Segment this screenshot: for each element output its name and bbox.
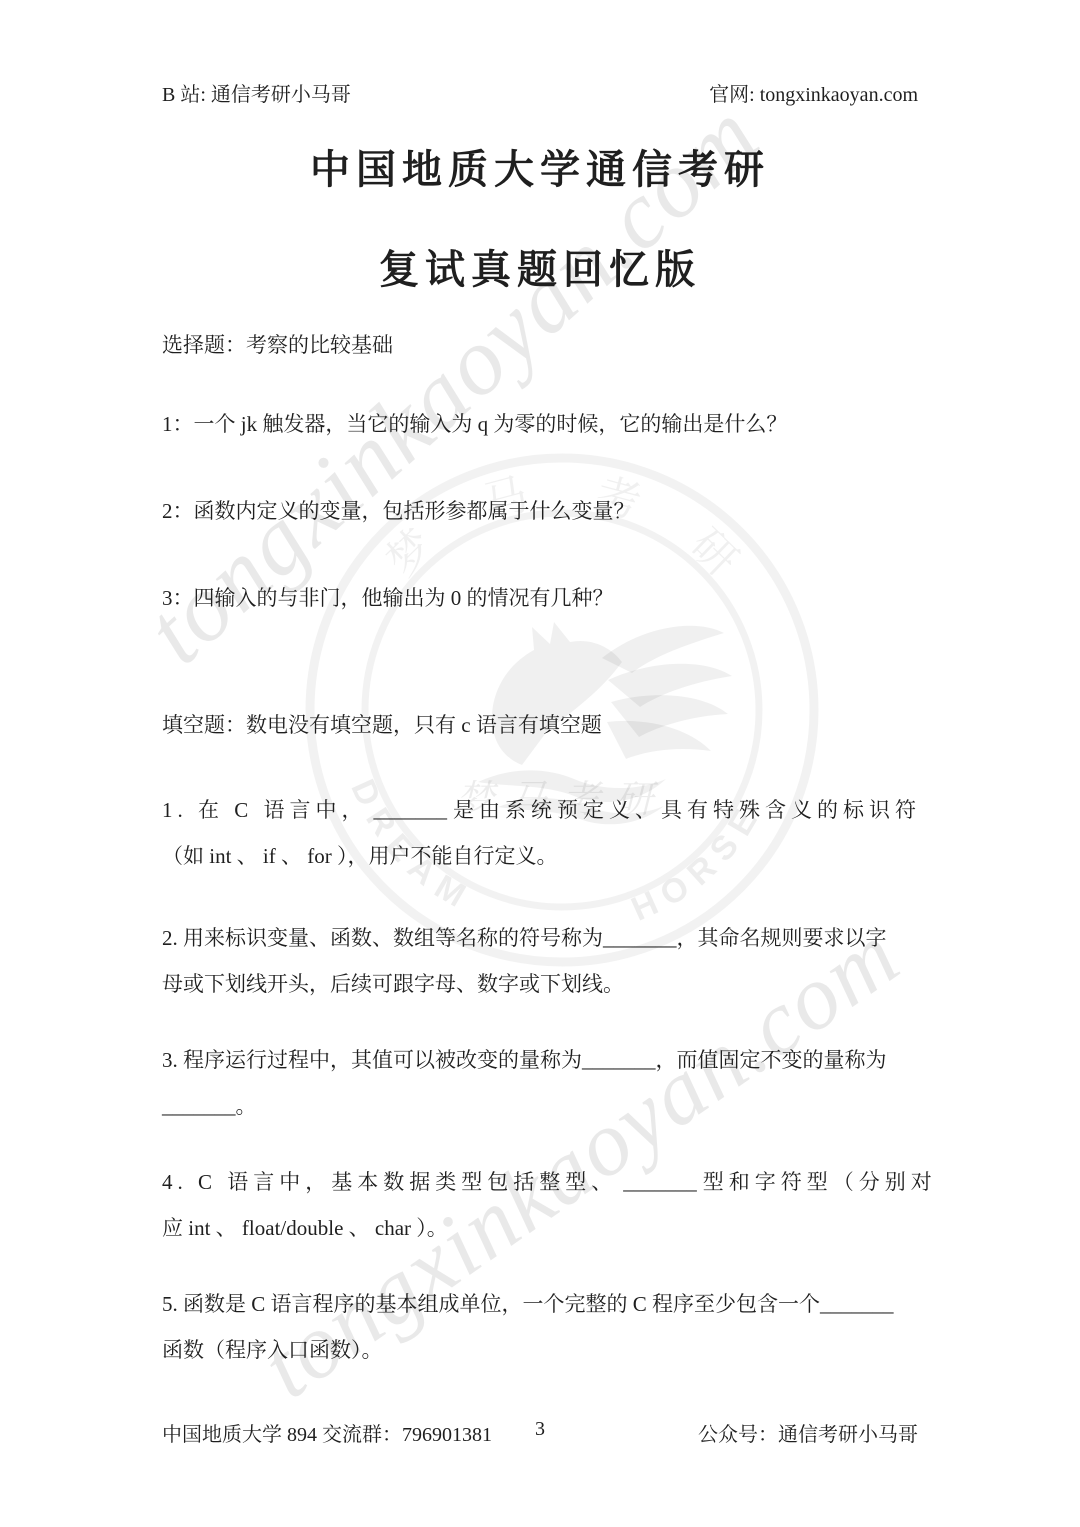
document-page: tongxinkaoyan.com tongxinkaoyan.com 梦 马 … <box>0 0 1080 1527</box>
doc-title-line2: 复试真题回忆版 <box>0 238 1080 295</box>
header-channel-text: B 站: 通信考研小马哥 <box>162 78 351 107</box>
footer-account-text: 公众号：通信考研小马哥 <box>698 1418 918 1447</box>
blank-q4-underline: _______ <box>617 1170 703 1194</box>
blank-q4-text-pre: 4. C 语言中，基本数据类型包括整型、 <box>162 1170 617 1194</box>
choice-question-1: 1：一个 jk 触发器，当它的输入为 q 为零的时候，它的输出是什么？ <box>162 411 922 437</box>
seal-outer-ring <box>310 458 814 962</box>
blank-question-2-line2: 母或下划线开头，后续可跟字母、数字或下划线。 <box>162 971 922 997</box>
blank-question-1-line1: 1. 在 C 语言中，_______是由系统预定义、具有特殊含义的标识符 <box>162 797 922 823</box>
blank-question-1-line2: （如 int 、 if 、 for ），用户不能自行定义。 <box>162 843 922 869</box>
blank-question-4-line1: 4. C 语言中，基本数据类型包括整型、_______型和字符型（分别对 <box>162 1169 922 1195</box>
blank-question-2-line1: 2. 用来标识变量、函数、数组等名称的符号称为_______，其命名规则要求以字 <box>162 925 922 951</box>
blank-q4-text-post: 型和字符型（分别对 <box>703 1170 937 1194</box>
seal-ring-char-4: 研 <box>681 520 747 586</box>
blank-question-3-line1: 3. 程序运行过程中，其值可以被改变的量称为_______，而值固定不变的量称为 <box>162 1047 922 1073</box>
header-website-text: 官网: tongxinkaoyan.com <box>709 78 918 107</box>
choice-question-2: 2：函数内定义的变量，包括形参都属于什么变量？ <box>162 498 922 524</box>
choice-question-3: 3：四输入的与非门，他输出为 0 的情况有几种？ <box>162 585 922 611</box>
choice-section-intro: 选择题：考察的比较基础 <box>162 332 922 358</box>
blank-question-4-line2: 应 int 、 float/double 、 char ）。 <box>162 1215 922 1241</box>
pegasus-icon <box>492 622 732 765</box>
blank-question-5-line2: 函数（程序入口函数）。 <box>162 1337 922 1363</box>
blank-question-5-line1: 5. 函数是 C 语言程序的基本组成单位，一个完整的 C 程序至少包含一个___… <box>162 1291 922 1317</box>
blank-question-3-line2: _______。 <box>162 1093 922 1119</box>
blank-q1-text-post: 是由系统预定义、具有特殊含义的标识符 <box>453 798 921 822</box>
seal-ring-char-1: 梦 <box>377 520 443 586</box>
doc-title-line1: 中国地质大学通信考研 <box>0 138 1080 195</box>
seal-watermark: 梦 马 考 研 DREAM HORSE 梦马考研 <box>302 450 822 970</box>
page-number: 3 <box>0 1418 1080 1441</box>
blank-q1-text-pre: 1. 在 C 语言中， <box>162 798 368 822</box>
blank-section-intro: 填空题：数电没有填空题，只有 c 语言有填空题 <box>162 712 922 738</box>
blank-q1-underline: _______ <box>368 798 454 822</box>
